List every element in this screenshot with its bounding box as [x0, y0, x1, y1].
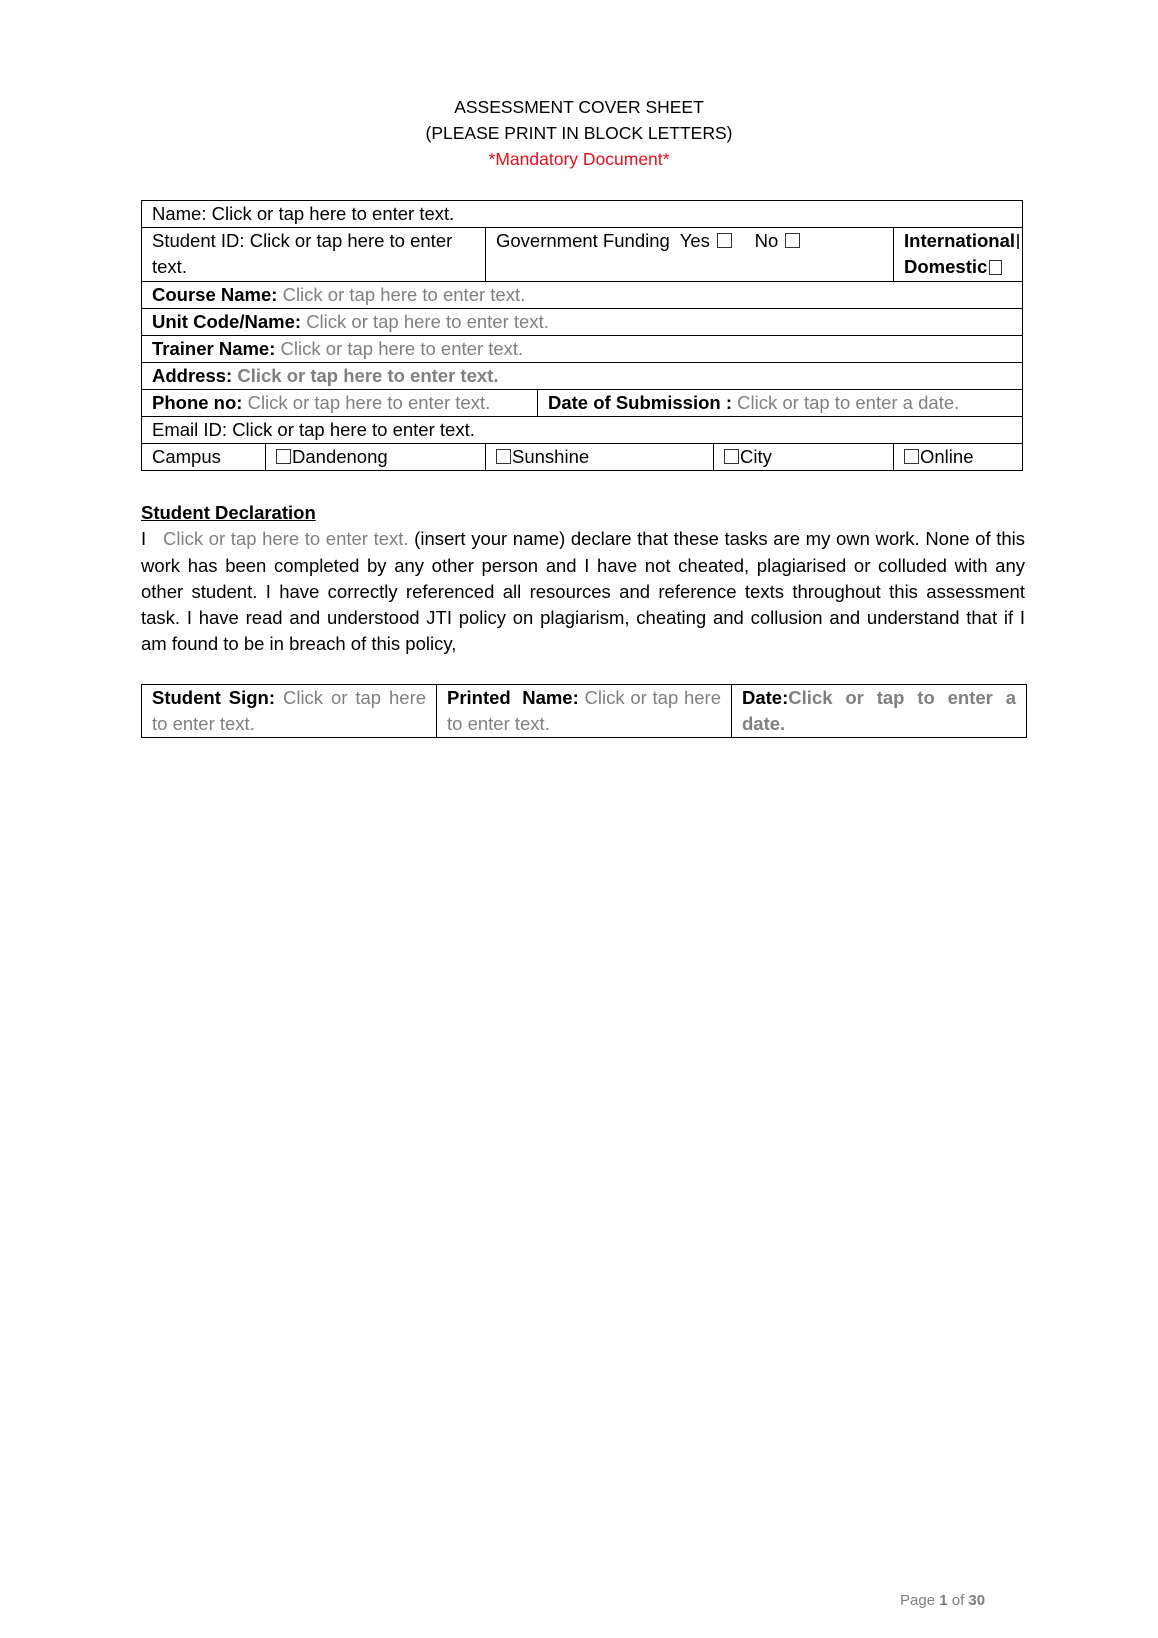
student-id-field[interactable]: Student ID: Click or tap here to enter t…: [142, 228, 486, 282]
city-checkbox[interactable]: [724, 449, 739, 464]
student-sign-label: Student Sign:: [152, 687, 275, 708]
signature-date-field[interactable]: Date:Click or tap to enter a date.: [732, 685, 1027, 738]
international-label: International: [904, 228, 1015, 254]
course-name-field[interactable]: Course Name: Click or tap here to enter …: [142, 282, 1023, 309]
online-checkbox[interactable]: [904, 449, 919, 464]
printed-name-label: Printed Name:: [447, 687, 579, 708]
campus-option-dandenong[interactable]: Dandenong: [266, 444, 486, 471]
mandatory-notice: *Mandatory Document*: [0, 146, 1158, 172]
document-title: ASSESSMENT COVER SHEET: [0, 94, 1158, 120]
name-label: Name:: [152, 203, 207, 224]
name-field[interactable]: Name: Click or tap here to enter text.: [142, 201, 1023, 228]
email-value[interactable]: Click or tap here to enter text.: [232, 419, 475, 440]
name-value[interactable]: Click or tap here to enter text.: [212, 203, 455, 224]
address-input[interactable]: Click or tap here to enter text.: [237, 365, 498, 386]
student-sign-field[interactable]: Student Sign: Click or tap here to enter…: [142, 685, 437, 738]
government-funding-field: Government Funding Yes No: [486, 228, 894, 282]
unit-code-label: Unit Code/Name:: [152, 311, 301, 332]
phone-label: Phone no:: [152, 392, 242, 413]
residency-field: International Domestic: [894, 228, 1023, 282]
funding-yes-label: Yes: [680, 230, 710, 251]
funding-yes-checkbox[interactable]: [717, 233, 732, 248]
sunshine-checkbox[interactable]: [496, 449, 511, 464]
declaration-text: I Click or tap here to enter text. (inse…: [141, 526, 1025, 657]
sunshine-label: Sunshine: [512, 446, 589, 467]
total-pages: 30: [968, 1592, 985, 1609]
student-id-label: Student ID:: [152, 230, 245, 251]
email-field[interactable]: Email ID: Click or tap here to enter tex…: [142, 417, 1023, 444]
address-label: Address:: [152, 365, 232, 386]
address-field[interactable]: Address: Click or tap here to enter text…: [142, 363, 1023, 390]
online-label: Online: [920, 446, 973, 467]
domestic-checkbox[interactable]: [989, 260, 1002, 275]
student-details-table: Name: Click or tap here to enter text. S…: [141, 200, 1023, 471]
declaration-heading: Student Declaration: [141, 500, 1025, 526]
document-header: ASSESSMENT COVER SHEET (PLEASE PRINT IN …: [0, 94, 1158, 172]
of-label: of: [952, 1592, 965, 1609]
unit-code-field[interactable]: Unit Code/Name: Click or tap here to ent…: [142, 309, 1023, 336]
trainer-name-input[interactable]: Click or tap here to enter text.: [281, 338, 524, 359]
phone-field[interactable]: Phone no: Click or tap here to enter tex…: [142, 390, 538, 417]
dandenong-checkbox[interactable]: [276, 449, 291, 464]
declaration-name-input[interactable]: Click or tap here to enter text.: [163, 528, 409, 549]
unit-code-input[interactable]: Click or tap here to enter text.: [306, 311, 549, 332]
date-of-submission-label: Date of Submission :: [548, 392, 732, 413]
campus-option-sunshine[interactable]: Sunshine: [486, 444, 714, 471]
international-checkbox[interactable]: [1017, 234, 1019, 249]
current-page: 1: [939, 1592, 947, 1609]
city-label: City: [740, 446, 772, 467]
page-label: Page: [900, 1592, 935, 1609]
trainer-name-field[interactable]: Trainer Name: Click or tap here to enter…: [142, 336, 1023, 363]
signature-table: Student Sign: Click or tap here to enter…: [141, 684, 1027, 738]
campus-label: Campus: [142, 444, 266, 471]
domestic-label: Domestic: [904, 254, 987, 280]
page-number: Page 1 of 30: [900, 1592, 985, 1609]
date-of-submission-field[interactable]: Date of Submission : Click or tap to ent…: [538, 390, 1023, 417]
campus-option-online[interactable]: Online: [894, 444, 1023, 471]
signature-date-label: Date:: [742, 687, 788, 708]
student-declaration: Student Declaration I Click or tap here …: [141, 500, 1025, 658]
phone-input[interactable]: Click or tap here to enter text.: [248, 392, 491, 413]
government-funding-label: Government Funding: [496, 230, 670, 251]
funding-no-label: No: [755, 230, 779, 251]
email-label: Email ID:: [152, 419, 227, 440]
declaration-prefix: I: [141, 528, 146, 549]
funding-no-checkbox[interactable]: [785, 233, 800, 248]
printed-name-field[interactable]: Printed Name: Click or tap here to enter…: [437, 685, 732, 738]
course-name-label: Course Name:: [152, 284, 277, 305]
dandenong-label: Dandenong: [292, 446, 388, 467]
campus-option-city[interactable]: City: [714, 444, 894, 471]
course-name-input[interactable]: Click or tap here to enter text.: [283, 284, 526, 305]
document-subtitle: (PLEASE PRINT IN BLOCK LETTERS): [0, 120, 1158, 146]
date-of-submission-input[interactable]: Click or tap to enter a date.: [737, 392, 959, 413]
trainer-name-label: Trainer Name:: [152, 338, 275, 359]
